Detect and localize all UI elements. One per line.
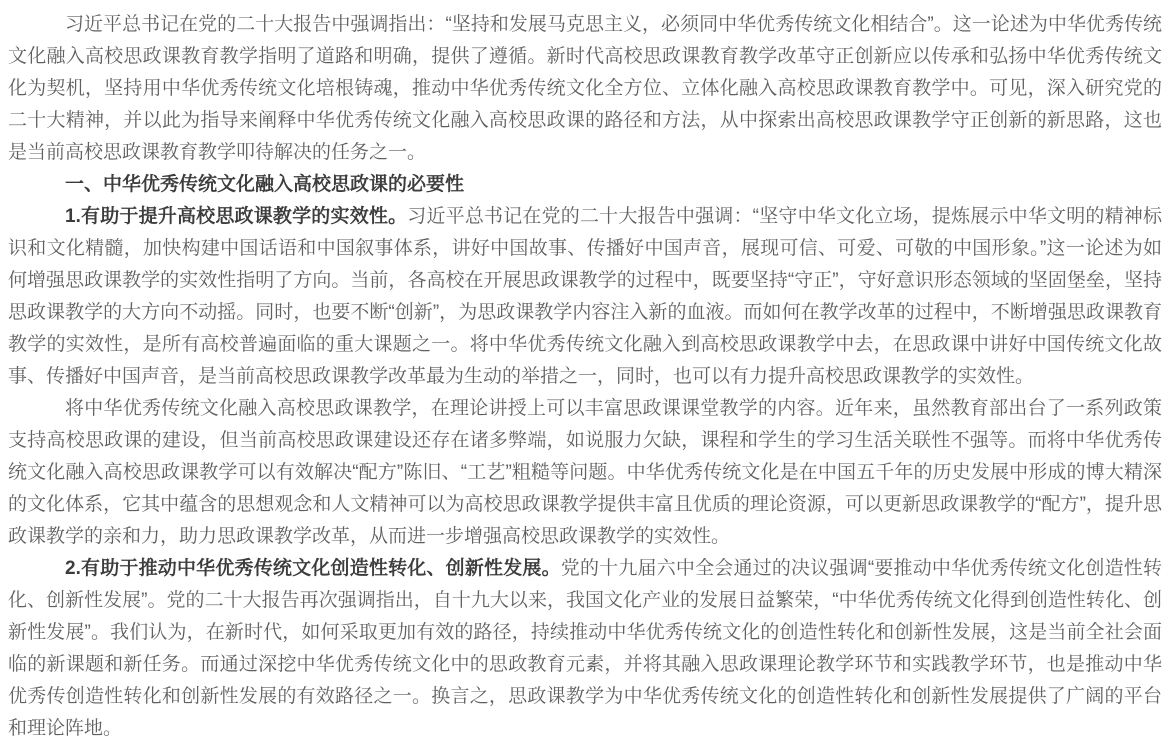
point-2-lead: 2.有助于推动中华优秀传统文化创造性转化、创新性发展。 — [65, 558, 561, 579]
paragraph-point-1: 1.有助于提升高校思政课教学的实效性。习近平总书记在党的二十大报告中强调：“坚守… — [8, 201, 1162, 393]
paragraph-theory-text: 将中华优秀传统文化融入高校思政课教学，在理论讲授上可以丰富思政课课堂教学的内容。… — [8, 398, 1162, 547]
paragraph-theory: 将中华优秀传统文化融入高校思政课教学，在理论讲授上可以丰富思政课课堂教学的内容。… — [8, 393, 1162, 553]
point-1-lead: 1.有助于提升高校思政课教学的实效性。 — [65, 206, 407, 227]
point-1-text: 习近平总书记在党的二十大报告中强调：“坚守中华文化立场，提炼展示中华文明的精神标… — [8, 206, 1162, 387]
document-page: 习近平总书记在党的二十大报告中强调指出：“坚持和发展马克思主义，必须同中华优秀传… — [0, 0, 1170, 748]
section-heading-1: 一、中华优秀传统文化融入高校思政课的必要性 — [8, 169, 1162, 201]
paragraph-point-2: 2.有助于推动中华优秀传统文化创造性转化、创新性发展。党的十九届六中全会通过的决… — [8, 553, 1162, 745]
paragraph-intro: 习近平总书记在党的二十大报告中强调指出：“坚持和发展马克思主义，必须同中华优秀传… — [8, 9, 1162, 169]
section-heading-1-text: 一、中华优秀传统文化融入高校思政课的必要性 — [65, 174, 464, 195]
paragraph-intro-text: 习近平总书记在党的二十大报告中强调指出：“坚持和发展马克思主义，必须同中华优秀传… — [8, 14, 1162, 163]
point-2-text: 党的十九届六中全会通过的决议强调“要推动中华优秀传统文化创造性转化、创新性发展”… — [8, 558, 1162, 739]
